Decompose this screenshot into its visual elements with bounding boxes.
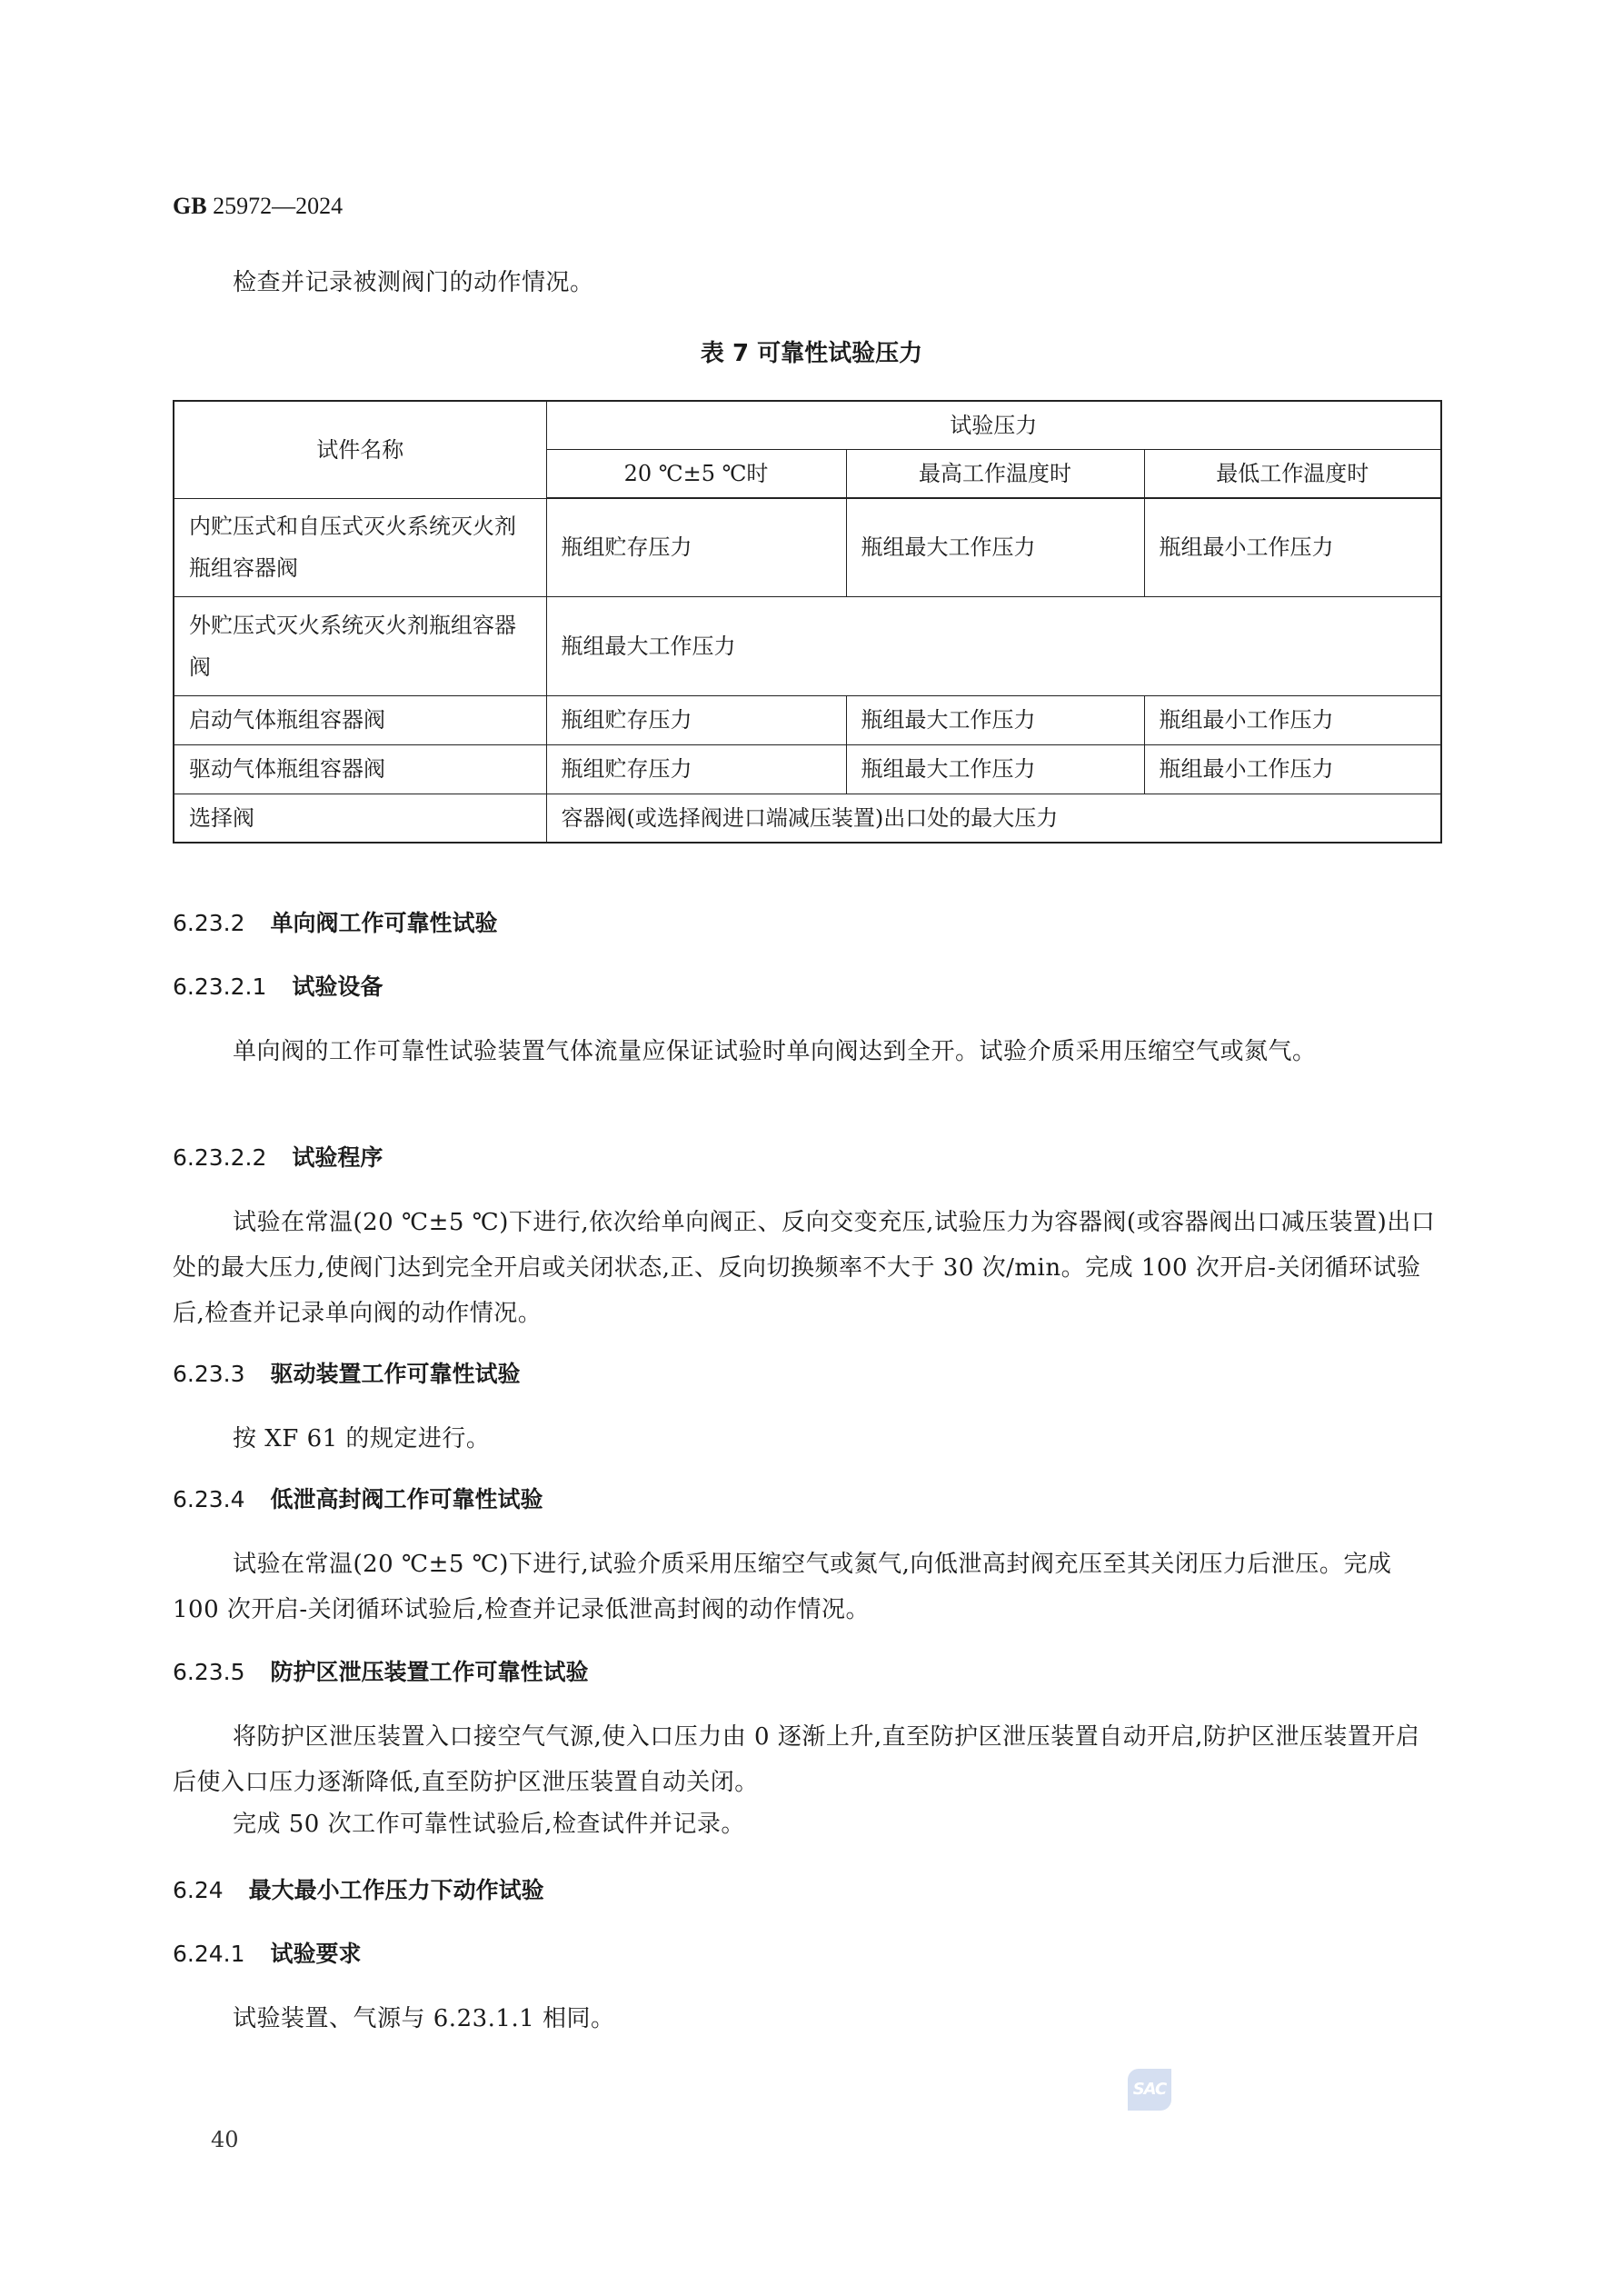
cell-merged: 容器阀(或选择阀进口端减压装置)出口处的最大压力 bbox=[546, 794, 1441, 843]
intro-paragraph: 检查并记录被测阀门的动作情况。 bbox=[173, 260, 1440, 305]
heading-title: 试验程序 bbox=[292, 1144, 383, 1171]
cell: 瓶组最小工作压力 bbox=[1144, 695, 1441, 744]
heading-6-24: 6.24最大最小工作压力下动作试验 bbox=[173, 1872, 544, 1905]
paragraph-text: 完成 50 次工作可靠性试验后,检查试件并记录。 bbox=[233, 1811, 745, 1838]
header-test-pressure: 试验压力 bbox=[546, 401, 1441, 449]
cell-merged: 瓶组最大工作压力 bbox=[546, 596, 1441, 695]
paragraph: 试验在常温(20 ℃±5 ℃)下进行,试验介质采用压缩空气或氮气,向低泄高封阀充… bbox=[173, 1542, 1440, 1632]
heading-title: 低泄高封阀工作可靠性试验 bbox=[271, 1486, 543, 1512]
intro-text: 检查并记录被测阀门的动作情况。 bbox=[233, 269, 594, 296]
heading-number: 6.23.2 bbox=[173, 910, 245, 936]
heading-6-24-1: 6.24.1试验要求 bbox=[173, 1936, 362, 1969]
table-row: 启动气体瓶组容器阀 瓶组贮存压力 瓶组最大工作压力 瓶组最小工作压力 bbox=[174, 695, 1441, 744]
cell: 瓶组贮存压力 bbox=[546, 744, 846, 794]
heading-title: 试验设备 bbox=[292, 973, 383, 1000]
heading-6-23-5: 6.23.5防护区泄压装置工作可靠性试验 bbox=[173, 1654, 589, 1687]
cell: 瓶组最大工作压力 bbox=[846, 498, 1144, 596]
table-row: 驱动气体瓶组容器阀 瓶组贮存压力 瓶组最大工作压力 瓶组最小工作压力 bbox=[174, 744, 1441, 794]
heading-number: 6.23.3 bbox=[173, 1361, 245, 1387]
reliability-pressure-table: 试件名称 试验压力 20 ℃±5 ℃时 最高工作温度时 最低工作温度时 内贮压式… bbox=[173, 400, 1442, 844]
heading-title: 最大最小工作压力下动作试验 bbox=[249, 1877, 544, 1903]
header-min-temp: 最低工作温度时 bbox=[1144, 449, 1441, 498]
row-name: 内贮压式和自压式灭火系统灭火剂瓶组容器阀 bbox=[174, 498, 546, 596]
heading-title: 试验要求 bbox=[271, 1941, 362, 1967]
heading-title: 单向阀工作可靠性试验 bbox=[271, 910, 498, 936]
standard-prefix: GB bbox=[173, 193, 207, 219]
heading-6-23-2: 6.23.2单向阀工作可靠性试验 bbox=[173, 905, 498, 938]
paragraph-text: 单向阀的工作可靠性试验装置气体流量应保证试验时单向阀达到全开。试验介质采用压缩空… bbox=[233, 1038, 1317, 1065]
paragraph-text: 试验在常温(20 ℃±5 ℃)下进行,依次给单向阀正、反向交变充压,试验压力为容… bbox=[173, 1209, 1435, 1327]
heading-number: 6.24 bbox=[173, 1877, 224, 1903]
heading-number: 6.24.1 bbox=[173, 1941, 245, 1967]
page-number: 40 bbox=[211, 2127, 239, 2152]
row-name: 启动气体瓶组容器阀 bbox=[174, 695, 546, 744]
heading-title: 防护区泄压装置工作可靠性试验 bbox=[271, 1659, 589, 1685]
table-row: 选择阀 容器阀(或选择阀进口端减压装置)出口处的最大压力 bbox=[174, 794, 1441, 843]
row-name: 选择阀 bbox=[174, 794, 546, 843]
paragraph: 按 XF 61 的规定进行。 bbox=[173, 1416, 1440, 1462]
heading-number: 6.23.2.2 bbox=[173, 1144, 266, 1171]
heading-6-23-2-2: 6.23.2.2试验程序 bbox=[173, 1140, 383, 1173]
heading-title: 驱动装置工作可靠性试验 bbox=[271, 1361, 521, 1387]
standard-id: GB 25972—2024 bbox=[173, 193, 343, 220]
cell: 瓶组最小工作压力 bbox=[1144, 498, 1441, 596]
paragraph-text: 试验装置、气源与 6.23.1.1 相同。 bbox=[233, 2005, 615, 2032]
table-row: 外贮压式灭火系统灭火剂瓶组容器阀 瓶组最大工作压力 bbox=[174, 596, 1441, 695]
heading-6-23-2-1: 6.23.2.1试验设备 bbox=[173, 969, 383, 1002]
heading-6-23-3: 6.23.3驱动装置工作可靠性试验 bbox=[173, 1356, 521, 1389]
cell: 瓶组最大工作压力 bbox=[846, 744, 1144, 794]
heading-number: 6.23.4 bbox=[173, 1486, 245, 1512]
cell: 瓶组最小工作压力 bbox=[1144, 744, 1441, 794]
paragraph: 试验在常温(20 ℃±5 ℃)下进行,依次给单向阀正、反向交变充压,试验压力为容… bbox=[173, 1200, 1440, 1336]
cell: 瓶组贮存压力 bbox=[546, 498, 846, 596]
header-room-temp: 20 ℃±5 ℃时 bbox=[546, 449, 846, 498]
paragraph-text: 按 XF 61 的规定进行。 bbox=[233, 1425, 490, 1452]
header-max-temp: 最高工作温度时 bbox=[846, 449, 1144, 498]
paragraph: 将防护区泄压装置入口接空气气源,使入口压力由 0 逐渐上升,直至防护区泄压装置自… bbox=[173, 1714, 1440, 1805]
cell: 瓶组贮存压力 bbox=[546, 695, 846, 744]
heading-number: 6.23.2.1 bbox=[173, 973, 266, 1000]
table-row: 内贮压式和自压式灭火系统灭火剂瓶组容器阀 瓶组贮存压力 瓶组最大工作压力 瓶组最… bbox=[174, 498, 1441, 596]
paragraph-text: 试验在常温(20 ℃±5 ℃)下进行,试验介质采用压缩空气或氮气,向低泄高封阀充… bbox=[173, 1551, 1391, 1623]
heading-6-23-4: 6.23.4低泄高封阀工作可靠性试验 bbox=[173, 1482, 543, 1514]
heading-number: 6.23.5 bbox=[173, 1659, 245, 1685]
table-caption: 表 7 可靠性试验压力 bbox=[0, 334, 1623, 368]
paragraph: 完成 50 次工作可靠性试验后,检查试件并记录。 bbox=[173, 1802, 1440, 1847]
paragraph-text: 将防护区泄压装置入口接空气气源,使入口压力由 0 逐渐上升,直至防护区泄压装置自… bbox=[173, 1723, 1419, 1796]
row-name: 驱动气体瓶组容器阀 bbox=[174, 744, 546, 794]
row-name: 外贮压式灭火系统灭火剂瓶组容器阀 bbox=[174, 596, 546, 695]
paragraph: 单向阀的工作可靠性试验装置气体流量应保证试验时单向阀达到全开。试验介质采用压缩空… bbox=[173, 1029, 1440, 1074]
standard-number: 25972—2024 bbox=[213, 193, 343, 219]
sac-logo-icon: SAC bbox=[1128, 2069, 1171, 2111]
paragraph: 试验装置、气源与 6.23.1.1 相同。 bbox=[173, 1996, 1440, 2041]
cell: 瓶组最大工作压力 bbox=[846, 695, 1144, 744]
header-specimen-name: 试件名称 bbox=[174, 401, 546, 498]
